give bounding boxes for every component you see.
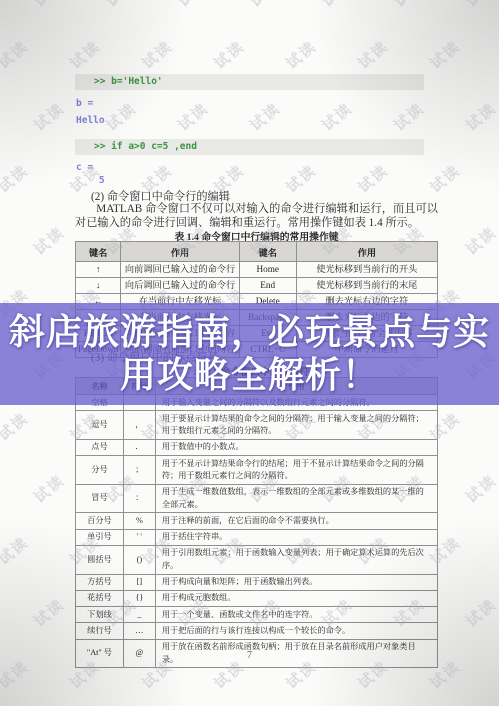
name-cell: 圆括号: [76, 545, 124, 574]
table-header-row: 键名 作用 键名 作用: [76, 242, 438, 262]
symbol-cell: []: [123, 574, 155, 590]
symbol-cell: ；: [123, 456, 155, 485]
name-cell: 下划线: [76, 607, 124, 623]
name-cell: 分号: [76, 456, 124, 485]
table-row: 百分号 % 用于注释的前面，在它后面的命令不需要执行。: [76, 513, 438, 529]
name-cell: 点号: [76, 439, 124, 455]
table-row: 圆括号 () 用于引用数组元素；用于函数输入变量列表；用于确定算术运算的先后次序…: [76, 545, 438, 574]
action-cell: 用于要显示计算结果的命令之间的分隔符；用于输入变量之间的分隔符；用于数组行元素之…: [155, 411, 437, 440]
action-cell: 用于一个变量、函数或文件名中的连字符。: [155, 607, 437, 623]
name-cell: 百分号: [76, 513, 124, 529]
code-output-line: c =: [76, 162, 93, 173]
column-header: 键名: [76, 242, 121, 262]
key-cell: End: [239, 278, 296, 294]
symbol-cell: ．: [123, 439, 155, 455]
banner-title-line: 斜店旅游指南，必玩景点与实: [9, 311, 490, 354]
body-paragraph: MATLAB 命令窗口不仅可以对输入的命令进行编辑和运行，而且可以对已输入的命令…: [75, 202, 438, 231]
name-cell: 方括号: [76, 574, 124, 590]
action-cell: 用于把后面的行与该行连接以构成一个较长的命令。: [155, 623, 437, 639]
key-cell: ↑: [76, 262, 121, 278]
action-cell: 使光标移到当前行的末尾: [296, 278, 437, 294]
key-cell: ↓: [76, 278, 121, 294]
action-cell: 向后调回已输入过的命令行: [121, 278, 239, 294]
key-cell: Home: [239, 262, 296, 278]
symbol-cell: ，: [123, 411, 155, 440]
punctuation-table: 名称 符号 作用 空格 用于输入变量之间的分隔符以及数组行元素之间的分隔符。 逗…: [75, 377, 438, 668]
code-output-line: 5: [76, 175, 105, 186]
table-row: 花括号 {} 用于构成元胞数组。: [76, 590, 438, 606]
code-output-line: b =: [76, 98, 93, 109]
action-cell: 使光标移到当前行的开头: [296, 262, 437, 278]
document-page: { "watermark": { "text": "试读" }, "code_b…: [0, 0, 499, 706]
name-cell: 花括号: [76, 590, 124, 606]
table-row: 点号 ． 用于数值中的小数点。: [76, 439, 438, 455]
table-row: 冒号 ： 用于生成一维数值数组，表示一维数组的全部元素或多维数组的某一维的全部元…: [76, 484, 438, 513]
name-cell: 冒号: [76, 484, 124, 513]
code-command-bar: >> if a>0 c=5 ,end: [75, 139, 424, 155]
action-cell: 用于注释的前面，在它后面的命令不需要执行。: [155, 513, 437, 529]
code-output-line: Hello: [76, 115, 105, 126]
table-row: 单引号 ' ' 用于括住字符串。: [76, 529, 438, 545]
action-cell: 用于括住字符串。: [155, 529, 437, 545]
symbol-cell: …: [123, 623, 155, 639]
action-cell: 用于不显示计算结果命令行的结尾；用于不显示计算结果命令之间的分隔符；用于数组元素…: [155, 456, 437, 485]
banner-title-line: 用攻略全解析！: [120, 354, 379, 397]
symbol-cell: (): [123, 545, 155, 574]
action-cell: 用于生成一维数值数组，表示一维数组的全部元素或多维数组的某一维的全部元素。: [155, 484, 437, 513]
table-row: ↑ 向前调回已输入过的命令行 Home 使光标移到当前行的开头: [76, 262, 438, 278]
table-row: 分号 ； 用于不显示计算结果命令行的结尾；用于不显示计算结果命令之间的分隔符；用…: [76, 456, 438, 485]
code-command-bar: >> b='Hello': [75, 74, 424, 90]
name-cell: 逗号: [76, 411, 124, 440]
action-cell: 向前调回已输入过的命令行: [121, 262, 239, 278]
symbol-cell: _: [123, 607, 155, 623]
action-cell: 用于构成元胞数组。: [155, 590, 437, 606]
symbol-cell: ' ': [123, 529, 155, 545]
column-header: 键名: [239, 242, 296, 262]
promo-banner-overlay: 斜店旅游指南，必玩景点与实 用攻略全解析！: [0, 303, 499, 405]
symbol-cell: {}: [123, 590, 155, 606]
symbol-cell: ：: [123, 484, 155, 513]
table-row: 下划线 _ 用于一个变量、函数或文件名中的连字符。: [76, 607, 438, 623]
column-header: 作用: [121, 242, 239, 262]
table-row: 续行号 … 用于把后面的行与该行连接以构成一个较长的命令。: [76, 623, 438, 639]
action-cell: 用于构成向量和矩阵；用于函数输出列表。: [155, 574, 437, 590]
name-cell: 续行号: [76, 623, 124, 639]
page-number: 7: [0, 650, 499, 661]
table-row: ↓ 向后调回已输入过的命令行 End 使光标移到当前行的末尾: [76, 278, 438, 294]
symbol-cell: %: [123, 513, 155, 529]
table-row: 方括号 [] 用于构成向量和矩阵；用于函数输出列表。: [76, 574, 438, 590]
table-row: 逗号 ， 用于要显示计算结果的命令之间的分隔符；用于输入变量之间的分隔符；用于数…: [76, 411, 438, 440]
name-cell: 单引号: [76, 529, 124, 545]
action-cell: 用于数值中的小数点。: [155, 439, 437, 455]
column-header: 作用: [296, 242, 437, 262]
action-cell: 用于引用数组元素；用于函数输入变量列表；用于确定算术运算的先后次序。: [155, 545, 437, 574]
